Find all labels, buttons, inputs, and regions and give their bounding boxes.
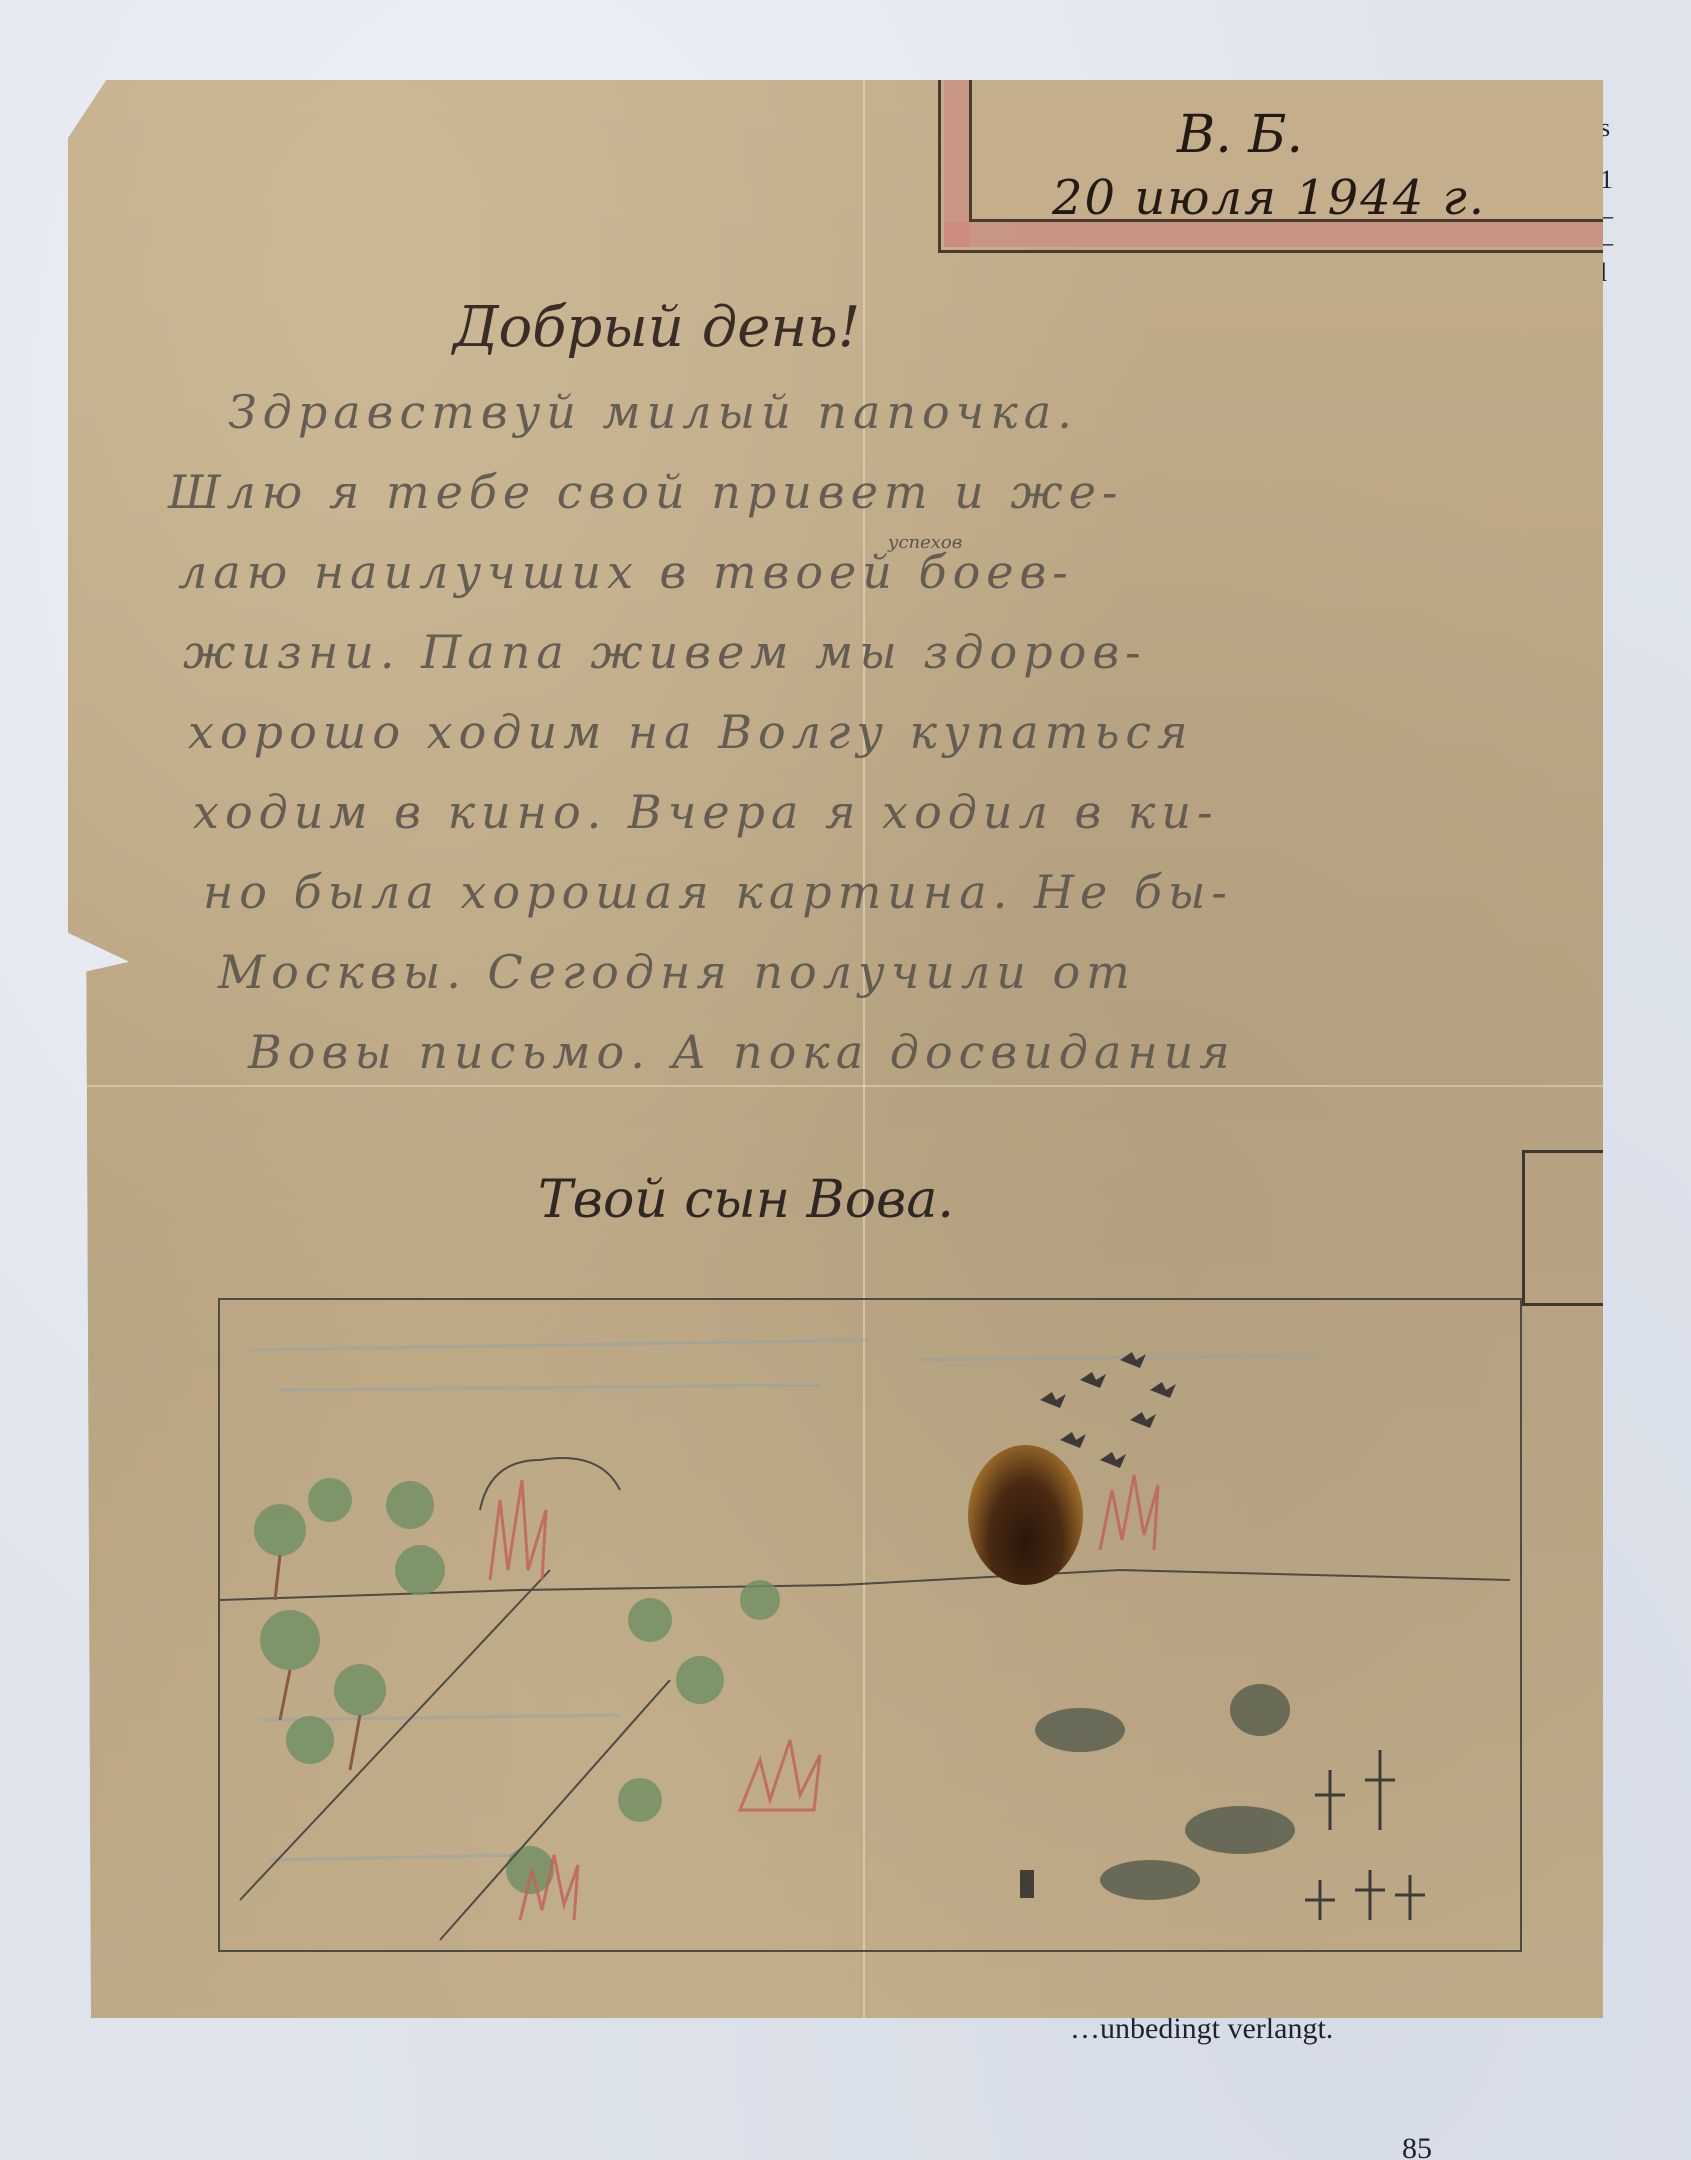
trees-icon <box>254 1478 780 1894</box>
page-number: 85 <box>1402 2132 1432 2160</box>
header-red-border <box>944 60 969 247</box>
letter-line: хорошо ходим на Волгу купаться <box>188 705 1194 759</box>
header-inner-frame: В. Б. 20 июля 1944 г. <box>969 60 1641 222</box>
battle-scene-drawing <box>218 1298 1522 1952</box>
sender-initials: В. Б. <box>1177 105 1303 165</box>
letter-greeting: Добрый день! <box>453 295 860 360</box>
tank-icon <box>1020 1684 1295 1900</box>
letter-line: лаю наилучших в твоей боев- <box>178 545 1074 599</box>
sky-strokes <box>250 1340 1320 1860</box>
signature: Твой сын Вова. <box>538 1170 954 1230</box>
letter-line: ходим в кино. Вчера я ходил в ки- <box>193 785 1218 839</box>
side-sketch-frame <box>1522 1150 1605 1306</box>
letter-line: Здравствуй милый папочка. <box>228 385 1078 439</box>
fold-crease-horizontal <box>68 1085 1603 1087</box>
letter-header-box: В. Б. 20 июля 1944 г. <box>938 60 1641 253</box>
drawing-illustration <box>220 1300 1520 1950</box>
letter-date: 20 июля 1944 г. <box>1052 170 1486 226</box>
soldiers-icon <box>1305 1750 1425 1920</box>
letter-line: Москвы. Сегодня получили от <box>218 945 1136 999</box>
letter-line: Вовы письмо. А пока досвидания <box>248 1025 1236 1079</box>
burn-stain <box>968 1445 1083 1585</box>
letter-line: но была хорошая картина. Не бы- <box>203 865 1233 919</box>
letter-line: Шлю я тебе свой привет и же- <box>168 465 1123 519</box>
handwritten-letter: В. Б. 20 июля 1944 г. Добрый день! успех… <box>68 80 1603 2018</box>
letter-line: жизни. Папа живем мы здоров- <box>183 625 1147 679</box>
birds-flock-icon <box>1040 1352 1176 1468</box>
